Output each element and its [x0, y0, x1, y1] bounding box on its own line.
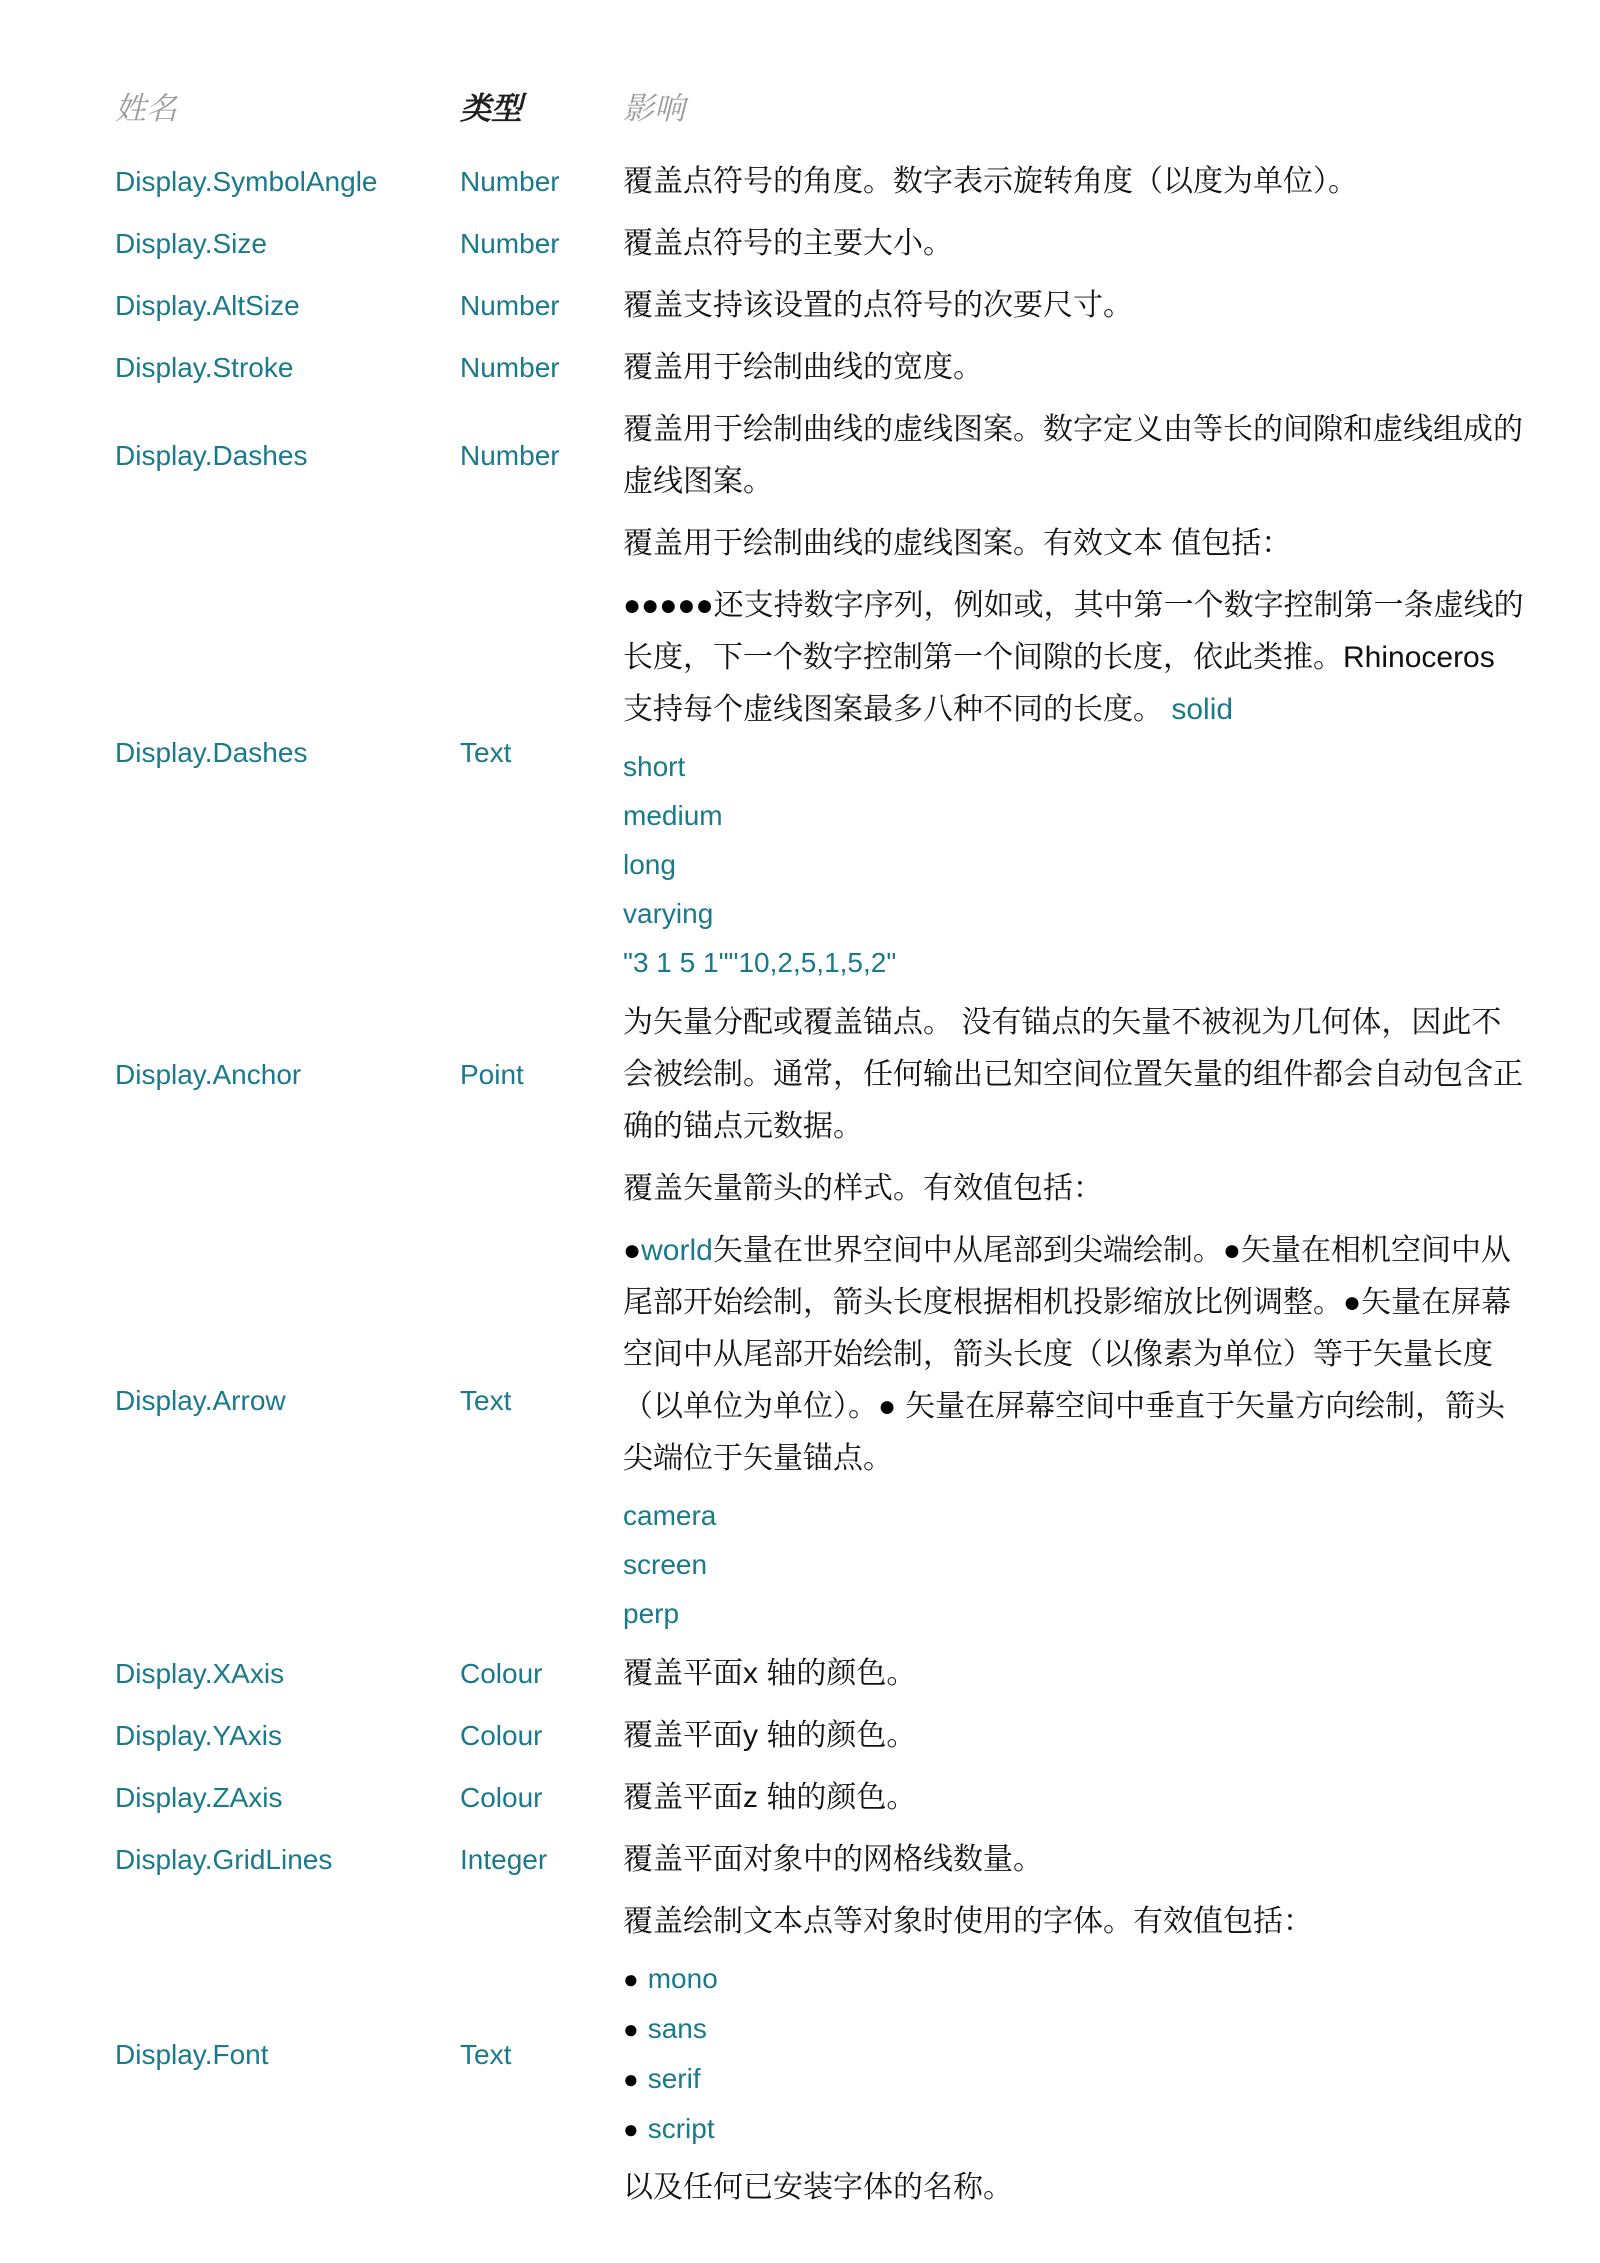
- column-header-type: 类型: [460, 78, 623, 151]
- table-row-arrow: Display.Arrow Text 覆盖矢量箭头的样式。有效值包括： ●wor…: [115, 1158, 1530, 1643]
- font-value-item: ●serif: [623, 2054, 1530, 2104]
- value-solid: solid: [1171, 693, 1233, 726]
- dash-value-list: short medium long varying "3 1 5 1""10,2…: [623, 742, 1530, 987]
- table-row-gridlines: Display.GridLines Integer 覆盖平面对象中的网格线数量。: [115, 1829, 1530, 1891]
- dash-value: varying: [623, 889, 1530, 938]
- property-name: Display.Arrow: [115, 1158, 460, 1643]
- property-type: Number: [460, 151, 623, 213]
- property-description: 覆盖用于绘制曲线的宽度。: [623, 337, 1530, 399]
- property-type: Text: [460, 1891, 623, 2219]
- property-name: Display.GridLines: [115, 1829, 460, 1891]
- description-body-text: 还支持数字序列，例如或，其中第一个数字控制第一条虚线的长度，下一个数字控制第一个…: [623, 589, 1524, 726]
- property-name: Display.XAxis: [115, 1643, 460, 1705]
- bullet-marker: ●: [1343, 1286, 1361, 1319]
- table-row-anchor: Display.Anchor Point 为矢量分配或覆盖锚点。 没有锚点的矢量…: [115, 992, 1530, 1158]
- arrow-value: perp: [623, 1589, 1530, 1638]
- description-intro: 覆盖矢量箭头的样式。有效值包括：: [623, 1163, 1530, 1215]
- property-name: Display.Font: [115, 1891, 460, 2219]
- table-row-yaxis: Display.YAxis Colour 覆盖平面y 轴的颜色。: [115, 1705, 1530, 1767]
- property-description: 覆盖矢量箭头的样式。有效值包括： ●world矢量在世界空间中从尾部到尖端绘制。…: [623, 1158, 1530, 1643]
- font-value: serif: [648, 2063, 701, 2094]
- description-body: ●●●●●还支持数字序列，例如或，其中第一个数字控制第一条虚线的长度，下一个数字…: [623, 580, 1530, 736]
- dash-value: "3 1 5 1""10,2,5,1,5,2": [623, 938, 1530, 987]
- table-row-dashes-number: Display.Dashes Number 覆盖用于绘制曲线的虚线图案。数字定义…: [115, 399, 1530, 513]
- property-name: Display.ZAxis: [115, 1767, 460, 1829]
- property-type: Number: [460, 213, 623, 275]
- dash-value: long: [623, 840, 1530, 889]
- table-row-altsize: Display.AltSize Number 覆盖支持该设置的点符号的次要尺寸。: [115, 275, 1530, 337]
- font-value-item: ●sans: [623, 2004, 1530, 2054]
- table-row-stroke: Display.Stroke Number 覆盖用于绘制曲线的宽度。: [115, 337, 1530, 399]
- value-world: world: [641, 1234, 713, 1267]
- description-intro: 覆盖绘制文本点等对象时使用的字体。有效值包括：: [623, 1896, 1530, 1948]
- font-value-list: ●mono ●sans ●serif ●script: [623, 1954, 1530, 2154]
- properties-table: 姓名 类型 影响 Display.SymbolAngle Number 覆盖点符…: [115, 78, 1530, 2219]
- table-header-row: 姓名 类型 影响: [115, 78, 1530, 151]
- description-body: ●world矢量在世界空间中从尾部到尖端绘制。●矢量在相机空间中从尾部开始绘制，…: [623, 1225, 1530, 1485]
- property-description: 覆盖用于绘制曲线的虚线图案。数字定义由等长的间隙和虚线组成的虚线图案。: [623, 399, 1530, 513]
- table-row-font: Display.Font Text 覆盖绘制文本点等对象时使用的字体。有效值包括…: [115, 1891, 1530, 2219]
- property-type: Colour: [460, 1705, 623, 1767]
- arrow-value: screen: [623, 1540, 1530, 1589]
- page: 姓名 类型 影响 Display.SymbolAngle Number 覆盖点符…: [0, 0, 1600, 2219]
- property-type: Colour: [460, 1767, 623, 1829]
- property-name: Display.SymbolAngle: [115, 151, 460, 213]
- property-type: Colour: [460, 1643, 623, 1705]
- table-row-symbolangle: Display.SymbolAngle Number 覆盖点符号的角度。数字表示…: [115, 151, 1530, 213]
- property-type: Point: [460, 992, 623, 1158]
- property-description: 为矢量分配或覆盖锚点。 没有锚点的矢量不被视为几何体，因此不会被绘制。通常，任何…: [623, 992, 1530, 1158]
- arrow-world-text: 矢量在世界空间中从尾部到尖端绘制。: [713, 1234, 1223, 1267]
- property-name: Display.Dashes: [115, 399, 460, 513]
- bullet-marker: ●: [623, 2014, 639, 2044]
- font-value: sans: [648, 2013, 707, 2044]
- property-type: Number: [460, 275, 623, 337]
- property-description: 覆盖平面x 轴的颜色。: [623, 1643, 1530, 1705]
- bullet-marker: ●: [623, 2114, 639, 2144]
- arrow-value-list: camera screen perp: [623, 1491, 1530, 1638]
- property-description: 覆盖用于绘制曲线的虚线图案。有效文本 值包括： ●●●●●还支持数字序列，例如或…: [623, 513, 1530, 992]
- property-description: 覆盖平面z 轴的颜色。: [623, 1767, 1530, 1829]
- table-row-zaxis: Display.ZAxis Colour 覆盖平面z 轴的颜色。: [115, 1767, 1530, 1829]
- property-name: Display.AltSize: [115, 275, 460, 337]
- bullet-marker: ●: [623, 2064, 639, 2094]
- property-name: Display.YAxis: [115, 1705, 460, 1767]
- property-type: Number: [460, 337, 623, 399]
- font-value-item: ●mono: [623, 1954, 1530, 2004]
- arrow-value: camera: [623, 1491, 1530, 1540]
- table-row-xaxis: Display.XAxis Colour 覆盖平面x 轴的颜色。: [115, 1643, 1530, 1705]
- property-type: Text: [460, 513, 623, 992]
- property-type: Text: [460, 1158, 623, 1643]
- column-header-name: 姓名: [115, 78, 460, 151]
- bullet-marker: ●: [623, 1964, 639, 1994]
- property-description: 覆盖点符号的角度。数字表示旋转角度（以度为单位）。: [623, 151, 1530, 213]
- description-outro: 以及任何已安装字体的名称。: [623, 2162, 1530, 2214]
- bullet-marker: ●: [623, 1234, 641, 1267]
- table-row-size: Display.Size Number 覆盖点符号的主要大小。: [115, 213, 1530, 275]
- bullet-marker: ●: [1223, 1234, 1241, 1267]
- property-name: Display.Size: [115, 213, 460, 275]
- property-description: 覆盖平面对象中的网格线数量。: [623, 1829, 1530, 1891]
- dash-value: short: [623, 742, 1530, 791]
- font-value: script: [648, 2113, 715, 2144]
- property-description: 覆盖平面y 轴的颜色。: [623, 1705, 1530, 1767]
- font-value: mono: [648, 1963, 718, 1994]
- property-name: Display.Dashes: [115, 513, 460, 992]
- table-row-dashes-text: Display.Dashes Text 覆盖用于绘制曲线的虚线图案。有效文本 值…: [115, 513, 1530, 992]
- property-type: Integer: [460, 1829, 623, 1891]
- bullet-marker: ●: [878, 1390, 896, 1423]
- property-description: 覆盖点符号的主要大小。: [623, 213, 1530, 275]
- property-description: 覆盖支持该设置的点符号的次要尺寸。: [623, 275, 1530, 337]
- property-name: Display.Stroke: [115, 337, 460, 399]
- property-name: Display.Anchor: [115, 992, 460, 1158]
- dash-value: medium: [623, 791, 1530, 840]
- column-header-effect: 影响: [623, 78, 1530, 151]
- font-value-item: ●script: [623, 2104, 1530, 2154]
- property-description: 覆盖绘制文本点等对象时使用的字体。有效值包括： ●mono ●sans ●ser…: [623, 1891, 1530, 2219]
- property-type: Number: [460, 399, 623, 513]
- bullet-sequence: ●●●●●: [623, 589, 714, 622]
- description-intro: 覆盖用于绘制曲线的虚线图案。有效文本 值包括：: [623, 518, 1530, 570]
